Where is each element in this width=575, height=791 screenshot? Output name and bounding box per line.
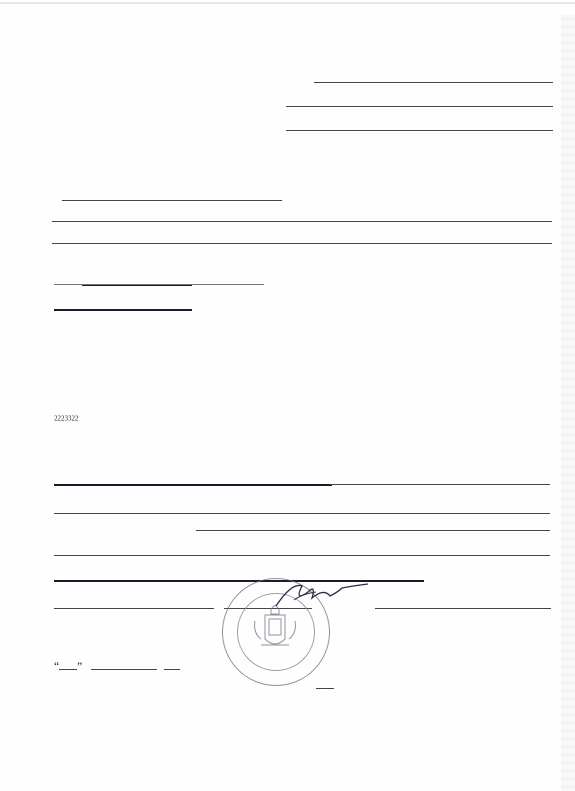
issue-day (59, 669, 77, 670)
issue-year (164, 669, 180, 670)
handwritten-signature (272, 576, 372, 616)
permit-document: 2223322 (0, 0, 575, 791)
scan-edge-right (561, 15, 575, 791)
specs-text: 2223322 (54, 416, 548, 429)
issue-month (91, 669, 157, 670)
issue-date: “” (54, 661, 182, 673)
scan-edge-top (0, 2, 575, 4)
extension-day-field[interactable] (316, 688, 334, 689)
